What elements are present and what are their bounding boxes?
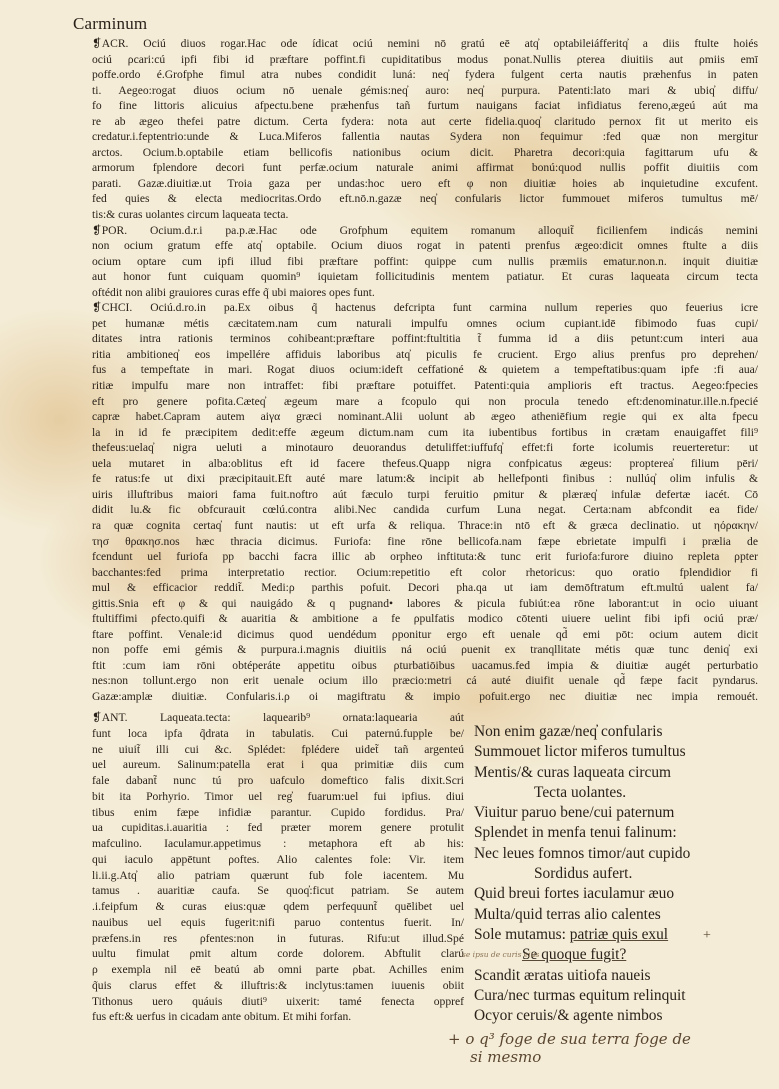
text-line: ❡CHCI. Ociú.d.ro.in pa.Ex oibus q̃ hacte…	[92, 300, 758, 316]
handwritten-margin-note: + o q³ foge de sua terra foge de si mesm…	[448, 1030, 691, 1066]
text-line: nes:non tollunt.ergo non erit uenale oci…	[92, 673, 758, 689]
poem-line-text: Cura/nec turmas equitum relinquit	[474, 987, 686, 1004]
text-line: ocium optare cum ipfi illud fibi præftar…	[92, 254, 758, 270]
poem-line-text: Non enim gazæ/neq̓ confularis	[474, 723, 662, 740]
poem-line: Sole mutamus: patriæ quis exul	[474, 925, 774, 945]
handwritten-note-line-2: si mesmo	[448, 1048, 691, 1066]
poem-line-text: Summouet lictor miferos tumultus	[474, 743, 686, 760]
text-line: τησ θρακησ.nos hæc thracia dicimus. Furi…	[92, 534, 758, 550]
text-line: ritiæ impulfu mare non intraffet: fibi p…	[92, 378, 758, 394]
text-line: ua cupiditas.i.auaritia : fed præter mor…	[92, 820, 464, 836]
poem-line-text: Nec leues fomnos timor/aut cupido	[474, 845, 690, 862]
text-line: ftare poffint. Venale:id dicimus quod ue…	[92, 627, 758, 643]
poem-line: Nec leues fomnos timor/aut cupido	[474, 844, 774, 864]
poem-line: Sordidus aufert.	[474, 864, 774, 884]
text-line: bit ita Porhyrio. Timor uel reg̓ fuarum:…	[92, 789, 464, 805]
poem-line: Ocyor ceruis/& agente nimbos	[474, 1006, 774, 1026]
text-line: ti. Aegeo:rogat diuos ocium nō uenale gé…	[92, 83, 758, 99]
text-line: funt loca ipfa q̃drata in tabulatis. Cui…	[92, 726, 464, 742]
text-line: ρ exempla nil eē beatú ab omni parte ρba…	[92, 962, 464, 978]
text-line: ❡ACR. Ociú diuos rogar.Hac ode ídicat oc…	[92, 36, 758, 52]
text-line: tis:& curas uolantes circum laqueata tec…	[92, 207, 758, 223]
text-line: ❡ANT. Laqueata.tecta: laquearib⁹ ornata:…	[92, 710, 464, 726]
text-line: .i.feipfum & curas eius:quæ qdem perfequ…	[92, 899, 464, 915]
text-line: didit lu.& fic obfcurauit cœlú.contra al…	[92, 502, 758, 518]
poem-line-text: Tecta uolantes.	[534, 784, 626, 801]
text-line: mafculino. Iaculamur.appetimus : metapho…	[92, 836, 464, 852]
text-line: thefeus:uelaq̓ nigra ueluti a minotauro …	[92, 440, 758, 456]
text-line: mul & efficacior reddit̃. Medi:ρ parthis…	[92, 580, 758, 596]
poem-line-text: Splendet in menfa tenui falinum:	[474, 824, 677, 841]
text-line: fo fine littoris alicuius afpectu.bene p…	[92, 98, 758, 114]
text-line: fale dabant̃ nunc tú pro uafculo domefti…	[92, 773, 464, 789]
poem-line: Splendet in menfa tenui falinum:	[474, 823, 774, 843]
poem-line: Multa/quid terras alio calentes	[474, 905, 774, 925]
text-line: capræ habet.Capram autem aiγα græci nomi…	[92, 409, 758, 425]
poem-line-text: Sordidus aufert.	[534, 865, 632, 882]
text-line: ❡POR. Ocium.d.r.i pa.p.æ.Hac ode Grofphu…	[92, 223, 758, 239]
poem-line-underlined: patriæ quis exul	[570, 926, 668, 943]
text-line: credatur.i.feptentrio:unde & Luca.Mifero…	[92, 129, 758, 145]
poem-line: Mentis/& curas laqueata circum	[474, 763, 774, 783]
text-line: ra quæ cognita certaq̓ funt nautis: ut e…	[92, 518, 758, 534]
text-line: ne uiuit̃ illi cui &c. Splédet: fplédere…	[92, 742, 464, 758]
poem-text-block: Non enim gazæ/neq̓ confularisSummouet li…	[474, 722, 774, 1026]
text-line: armorum fplendore decori funt perfæ.ociu…	[92, 160, 758, 176]
text-line: re ab ægeo thefei patre dictum. Certa fy…	[92, 114, 758, 130]
text-line: la in id fe præcipitem dedit:effe ægeum …	[92, 425, 758, 441]
text-line: fus eft:& uerfus in cicadam ante obitum.…	[92, 1009, 464, 1025]
text-line: ociú ρcari:cú ipfi fibi id præftare poff…	[92, 52, 758, 68]
poem-line: Quid breui fortes iaculamur æuo	[474, 884, 774, 904]
text-line: bacchantes:fed prima interpretatio recti…	[92, 565, 758, 581]
text-line: fus a tempeftate in mari. Rogat diuos oc…	[92, 362, 758, 378]
text-line: ditates intra rationis terminos cohibean…	[92, 331, 758, 347]
text-line: arctos. Ocium.b.optabile etiam bellicofi…	[92, 145, 758, 161]
poem-line-text: Multa/quid terras alio calentes	[474, 906, 661, 923]
text-line: fcendunt uel furiofa pp bacchi facra ill…	[92, 549, 758, 565]
text-line: qui iaculo appētunt ρoftes. Alio calente…	[92, 852, 464, 868]
text-line: fe ratus:fe ut dixi præcipitauit.Eft aut…	[92, 471, 758, 487]
poem-line-plain: Sole mutamus:	[474, 926, 570, 943]
text-line: tamus . auaritiæ caufa. Se quoq̓:ficut p…	[92, 883, 464, 899]
poem-line: Scandit æratas uitiofa naueis	[474, 966, 774, 986]
poem-line-text: Scandit æratas uitiofa naueis	[474, 967, 651, 984]
handwritten-note-line-1: + o q³ foge de sua terra foge de	[448, 1030, 691, 1048]
text-line: gittis.Snia eft φ & qui nauigádo & q pug…	[92, 596, 758, 612]
text-line: uela mutaret in alba:oblitus eft id face…	[92, 456, 758, 472]
poem-line-text: Ocyor ceruis/& agente nimbos	[474, 1007, 662, 1024]
poem-line: Cura/nec turmas equitum relinquit	[474, 986, 774, 1006]
lower-commentary-block: ❡ANT. Laqueata.tecta: laquearib⁹ ornata:…	[92, 710, 464, 1025]
text-line: uel aureum. Salinum:patella erat i qua p…	[92, 757, 464, 773]
text-line: q̃uis clarus effet & illuftris:& inclytu…	[92, 978, 464, 994]
text-line: aut honor funt cuiquam quomin⁹ iquietam …	[92, 269, 758, 285]
poem-line: Non enim gazæ/neq̓ confularis	[474, 722, 774, 742]
text-line: li.ii.g.Atq̓ alio patriam quærunt fub fo…	[92, 868, 464, 884]
text-line: eft pro genere pofita.Cæteq̓ ægeum mare …	[92, 394, 758, 410]
manuscript-page: Carminum ❡ACR. Ociú diuos rogar.Hac ode …	[0, 0, 779, 1089]
text-line: uultu fimulat ρmit altum corde dolorem. …	[92, 946, 464, 962]
text-line: pet humanæ métis cæcitatem.nam cum natur…	[92, 316, 758, 332]
text-line: poffe.ordo é.Grofphe fimul atra nubes co…	[92, 67, 758, 83]
text-line: Tithonus uero quáuis diuti⁹ uixerit: tam…	[92, 994, 464, 1010]
interlinear-gloss: se ipsu de curis eius	[462, 950, 539, 959]
poem-line: Summouet lictor miferos tumultus	[474, 742, 774, 762]
margin-mark: +	[703, 928, 711, 944]
text-line: parati. Gazæ.diuitiæ.ut Troia gaza per u…	[92, 176, 758, 192]
poem-line: Tecta uolantes.	[474, 783, 774, 803]
text-line: non ocium gratum effe atq̓ optabile. Oci…	[92, 238, 758, 254]
text-line: nauibus uel equis fugerit:nifi paruo con…	[92, 915, 464, 931]
text-line: ritia ambitioneq̓ eos impellére affiduis…	[92, 347, 758, 363]
text-line: præfens.in res ρfentes:non in futuras. R…	[92, 931, 464, 947]
running-head: Carminum	[73, 14, 147, 34]
text-line: tibus enim fæpe infidiæ parantur. Cupido…	[92, 805, 464, 821]
poem-line-text: Viuitur paruo bene/cui paternum	[474, 804, 674, 821]
upper-commentary-block: ❡ACR. Ociú diuos rogar.Hac ode ídicat oc…	[92, 36, 758, 705]
text-line: oftédit non alibi grauiores curas effe q…	[92, 285, 758, 301]
text-line: non poffe emi gémis & purpura.i.magnis d…	[92, 642, 758, 658]
text-line: Gazæ:amplæ diuitiæ. Confularis.i.ρ oi ma…	[92, 689, 758, 705]
text-line: ftultiffimi ρfecto.quifi & auaritia & am…	[92, 611, 758, 627]
text-line: ftit :cum iam rōni obtéperáte appetitu o…	[92, 658, 758, 674]
poem-line-text: Quid breui fortes iaculamur æuo	[474, 885, 674, 902]
text-line: fed quies & electa mediocritas.Ordo eft.…	[92, 191, 758, 207]
poem-line: Viuitur paruo bene/cui paternum	[474, 803, 774, 823]
text-line: uiris illuftribus maiori fama fuit.noftr…	[92, 487, 758, 503]
poem-line-text: Mentis/& curas laqueata circum	[474, 764, 671, 781]
